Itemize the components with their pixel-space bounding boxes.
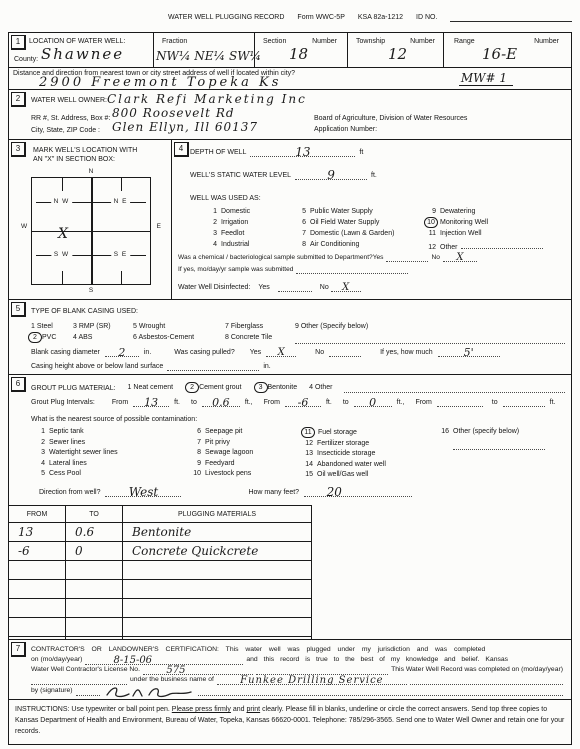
casing-option: 6 Asbestos-Cement [133,332,194,343]
depth-label: DEPTH OF WELL [190,148,246,157]
print-underlined: print [247,706,261,713]
casing-height-blank [167,361,259,371]
section-number-cell: Section Number 18 [255,33,348,67]
license-label: Water Well Contractor's License No. [31,665,140,675]
how-much-blank: 5' [438,347,500,357]
instructions-text: INSTRUCTIONS: Use typewriter or ball poi… [15,704,565,737]
contamination-fuel-storage-circled: 11Fuel storage [301,427,386,439]
contamination-other-blank [453,440,545,450]
direction-value: West [129,486,158,498]
certification-line4: under the business name of Funkee Drilli… [31,675,563,685]
how-much-value: 5' [464,347,474,358]
interval1-to-value: 0.6 [212,397,230,408]
casing-option: 1 Steel [31,321,53,332]
certification-line3: Water Well Contractor's License No. 575 … [31,665,563,675]
board-line: Board of Agriculture, Division of Water … [314,114,467,123]
pulled-no-label: No [315,348,324,357]
township-number-label: Number [410,37,435,46]
township-value: 12 [388,47,407,62]
static-blank: 9 [295,170,367,180]
quadrant-se-label: S E [111,252,130,259]
use-item: 7Domestic (Lawn & Garden) [294,228,394,239]
contamination-column-2: 6Seepage pit 7Pit privy 8Sewage lagoon 9… [189,427,253,480]
circled-2: 2 [28,332,42,343]
feet-value: 20 [327,486,342,498]
license-dots [256,665,388,675]
section1-row2: Distance and direction from nearest town… [9,68,571,90]
pulled-no-blank [329,347,361,357]
static-label: WELL'S STATIC WATER LEVEL [190,171,291,180]
interval3-from-blank [437,397,483,407]
use-item: 6Oil Field Water Supply [294,217,394,228]
section3-number: 3 [11,142,26,157]
county-value: Shawnee [41,47,124,62]
col-from: FROM [9,506,66,523]
pulled-label: Was casing pulled? [174,348,234,357]
section1-number: 1 [11,35,26,50]
use-item: 4Industrial [205,239,250,250]
interval3-to-blank [503,397,545,407]
diameter-blank: 2 [105,347,139,357]
plugging-table-header-row: FROM TO PLUGGING MATERIALS [9,506,312,523]
sample-yes-blank [386,252,428,262]
signature-trailing-dots [198,686,563,696]
interval1-from-value: 13 [144,397,158,408]
direction-blank: West [105,487,181,497]
depth-blank: 13 [250,147,355,157]
section-number-label: Number [312,37,337,46]
well-location-x-mark: X [58,227,68,241]
section-6-grout-plug: 6 GROUT PLUG MATERIAL: 1 Neat cement 2Ce… [8,374,572,640]
address-value: 800 Roosevelt Rd [112,107,235,119]
direction-line: Direction from well? West How many feet?… [39,487,412,497]
static-unit: ft. [371,171,377,180]
disinfected-yes-label: Yes [258,283,269,292]
section-4-well-details: 4 DEPTH OF WELL 13 ft WELL'S STATIC WATE… [171,139,572,300]
record-completed-label: This Water Well Record was completed on … [391,665,563,675]
section-label: Section [263,37,286,46]
use-item: 11Injection Well [424,228,543,239]
press-firmly-underlined: Please press firmly [172,706,231,713]
plugging-row: -60Concrete Quickcrete [9,542,312,561]
contamination-column-1: 1Septic tank 2Sewer lines 3Watertight se… [33,427,118,480]
interval1-to-blank: 0.6 [202,397,240,407]
section-5-casing: 5 TYPE OF BLANK CASING USED: 1 Steel 3 R… [8,299,572,375]
uses-column-2: 5Public Water Supply 6Oil Field Water Su… [294,206,394,250]
well-name-value: MW# 1 [459,72,513,86]
uses-column-3: 9Dewatering 10Monitoring Well 11Injectio… [424,206,543,253]
section-7-certification: 7 CONTRACTOR'S OR LANDOWNER'S CERTIFICAT… [8,639,572,700]
fraction-label: Fraction [162,37,187,46]
county-label: County: [14,55,38,64]
intervals-label: Grout Plug Intervals: [31,398,95,407]
use-item: 2Irrigation [205,217,250,228]
grid-tick-top-left [62,178,63,191]
section3-title-line1: MARK WELL'S LOCATION WITH [33,146,137,155]
section-3-location-grid: 3 MARK WELL'S LOCATION WITH AN "X" IN SE… [8,139,172,300]
section4-number: 4 [174,142,189,157]
pulled-yes-x: X [278,348,285,358]
section7-number: 7 [11,642,26,657]
business-name-blank: Funkee Drilling Service [217,675,407,685]
col-to: TO [66,506,123,523]
range-label: Range [454,37,475,46]
section-box-grid: N S W E N W N E S W S E X [21,168,161,294]
grid-center-hline [32,231,150,232]
owner-label: WATER WELL OWNER: [31,96,107,105]
signature-leading-dots [76,686,100,696]
distance-value: 2900 Freemont Topeka Ks [39,76,281,89]
circled-11: 11 [301,427,315,438]
depth-value: 13 [295,146,310,158]
use-item-monitoring-well-circled: 10Monitoring Well [424,217,543,228]
feet-label: How many feet? [248,488,299,497]
id-no-label: ID NO. [416,13,437,22]
section6-number: 6 [11,377,26,392]
form-header: WATER WELL PLUGGING RECORD Form WWC-5P K… [168,13,572,22]
range-value: 16-E [482,47,517,62]
business-leading-dots [31,675,127,685]
plugging-row: 130.6Bentonite [9,523,312,542]
sample-date-blank [296,264,408,274]
instructions-box: INSTRUCTIONS: Use typewriter or ball poi… [8,699,572,745]
grout-option: 4 Other [309,382,332,393]
grout-other-blank [344,383,565,393]
pulled-yes-label: Yes [250,348,261,357]
quadrant-nw-label: N W [51,199,73,206]
application-number-label: Application Number: [314,125,377,134]
plugging-row [9,618,312,637]
id-no-blank [450,13,572,22]
fraction-value: NW¼ NE¼ SW¼ [156,50,261,62]
city-value: Glen Ellyn, Ill 60137 [112,121,258,133]
other-use-blank [461,239,543,249]
casing-diameter-line: Blank casing diameter 2 in. Was casing p… [31,347,500,357]
section-2-owner: 2 WATER WELL OWNER: Clark Refi Marketing… [8,89,572,140]
sample-no-x: X [456,253,463,263]
casing-option: 3 RMP (SR) [73,321,111,332]
depth-of-well-line: DEPTH OF WELL 13 ft [190,147,363,157]
col-materials: PLUGGING MATERIALS [123,506,312,523]
section3-title-line2: AN "X" IN SECTION BOX: [33,155,115,164]
uses-column-1: 1Domestic 2Irrigation 3Feedlot 4Industri… [205,206,250,250]
diameter-value: 2 [118,347,125,358]
township-label: Township [356,37,385,46]
contamination-column-4: 16Other (specify below) [437,427,545,454]
owner-value: Clark Refi Marketing Inc [107,93,307,105]
grid-tick-bottom-right [121,271,122,284]
interval2-to-blank: 0 [354,397,392,407]
range-cell: Range Number 16-E [444,33,571,67]
interval2-to-value: 0 [369,397,376,408]
signature-scrawl [103,685,195,699]
license-blank: 575 [143,665,253,675]
water-well-plugging-record-form: WATER WELL PLUGGING RECORD Form WWC-5P K… [0,0,580,749]
certification-line1: CONTRACTOR'S OR LANDOWNER'S CERTIFICATIO… [31,645,485,655]
ksa-statute: KSA 82a-1212 [358,13,403,22]
on-date-label: on (mo/day/year) [31,655,82,665]
business-trailing-dots [410,675,563,685]
section2-number: 2 [11,92,26,107]
grid-tick-bottom-left [62,271,63,284]
section-1-location: 1 LOCATION OF WATER WELL: County: Shawne… [8,32,572,90]
static-value: 9 [327,169,335,181]
casing-height-label: Casing height above or below land surfac… [31,362,163,371]
static-water-level-line: WELL'S STATIC WATER LEVEL 9 ft. [190,170,377,180]
sample-date-line: If yes, mo/day/yr sample was submitted [178,264,408,274]
address-label: RR #, St. Address, Box #: [31,114,110,123]
diameter-label: Blank casing diameter [31,348,100,357]
grout-material-label: GROUT PLUG MATERIAL: [31,384,116,393]
form-number: Form WWC-5P [297,13,344,22]
disinfected-no-blank: X [331,282,361,292]
section1-row1: 1 LOCATION OF WATER WELL: County: Shawne… [9,33,571,68]
grout-option: 1 Neat cement [128,382,174,393]
disinfected-no-label: No [320,283,329,292]
compass-e: E [157,223,161,230]
circled-3: 3 [254,382,268,393]
use-item: 12Other [424,239,543,253]
county-cell: 1 LOCATION OF WATER WELL: County: Shawne… [9,33,154,67]
grout-option-cement-grout-circled: 2Cement grout [185,382,241,393]
certification-line5: by (signature) [31,685,563,696]
casing-height-line: Casing height above or below land surfac… [31,361,271,371]
plugging-row [9,580,312,599]
sample-question-line: Was a chemical / bacteriological sample … [178,252,477,262]
casing-title: TYPE OF BLANK CASING USED: [31,307,138,316]
use-item: 9Dewatering [424,206,543,217]
disinfected-label: Water Well Disinfected: [178,283,250,292]
compass-w: W [21,223,27,230]
disinfected-line: Water Well Disinfected: Yes No X [178,282,361,292]
casing-option: 4 ABS [73,332,92,343]
circled-2: 2 [185,382,199,393]
direction-label: Direction from well? [39,488,100,497]
use-item: 8Air Conditioning [294,239,394,250]
disinfected-yes-blank [278,282,312,292]
casing-other-blank [295,334,565,344]
compass-s: S [89,287,93,294]
casing-option: 9 Other (Specify below) [295,321,368,332]
casing-height-unit: in. [263,362,270,371]
pulled-yes-blank: X [266,347,296,357]
section5-number: 5 [11,302,26,317]
section-square: N W N E S W S E X [31,177,151,285]
casing-option: 7 Fiberglass [225,321,263,332]
plugging-row [9,561,312,580]
interval2-from-blank: -6 [285,397,321,407]
completed-date-blank: 8-15-06 [85,655,243,665]
plugging-table: FROM TO PLUGGING MATERIALS 130.6Bentonit… [8,505,312,656]
plugging-row [9,599,312,618]
form-title: WATER WELL PLUGGING RECORD [168,13,284,22]
interval1-from-blank: 13 [133,397,169,407]
use-item: 1Domestic [205,206,250,217]
certification-line2: on (mo/day/year) 8-15-06 and this record… [31,655,508,665]
township-cell: Township Number 12 [348,33,444,67]
sample-no-label: No [431,253,439,262]
casing-option: 8 Concrete Tile [225,332,272,343]
circled-10: 10 [424,217,438,228]
grout-option-bentonite-circled: 3Bentonite [254,382,298,393]
disinfected-no-x: X [342,283,349,293]
compass-n: N [89,168,94,175]
quadrant-ne-label: N E [111,199,131,206]
use-item: 5Public Water Supply [294,206,394,217]
city-label: City, State, ZIP Code : [31,126,100,135]
business-name-label: under the business name of [130,675,214,685]
quadrant-sw-label: S W [51,252,72,259]
well-used-as-label: WELL WAS USED AS: [190,194,261,203]
sample-date-label: If yes, mo/day/yr sample was submitted [178,265,293,274]
certification-line2-text: and this record is true to the best of m… [246,655,508,665]
interval2-from-value: -6 [298,397,309,408]
section-value: 18 [289,47,308,62]
diameter-unit: in. [144,348,151,357]
fraction-cell: Fraction NW¼ NE¼ SW¼ [154,33,255,67]
grout-material-line: GROUT PLUG MATERIAL: 1 Neat cement 2Ceme… [31,382,565,393]
contamination-label: What is the nearest source of possible c… [31,415,197,424]
depth-unit: ft [359,148,363,157]
contamination-column-3: 11Fuel storage 12Fertilizer storage 13In… [301,427,386,481]
use-item: 3Feedlot [205,228,250,239]
grout-intervals-line: Grout Plug Intervals: From 13 ft. to 0.6… [31,397,555,407]
grid-tick-top-right [121,178,122,191]
signature-label: by (signature) [31,686,73,696]
sample-question: Was a chemical / bacteriological sample … [178,253,383,262]
how-much-label: If yes, how much [380,348,433,357]
casing-option: 5 Wrought [133,321,165,332]
sample-no-blank: X [443,252,477,262]
range-number-label: Number [534,37,559,46]
casing-option-pvc-circled: 2PVC [28,332,56,343]
feet-blank: 20 [304,487,412,497]
